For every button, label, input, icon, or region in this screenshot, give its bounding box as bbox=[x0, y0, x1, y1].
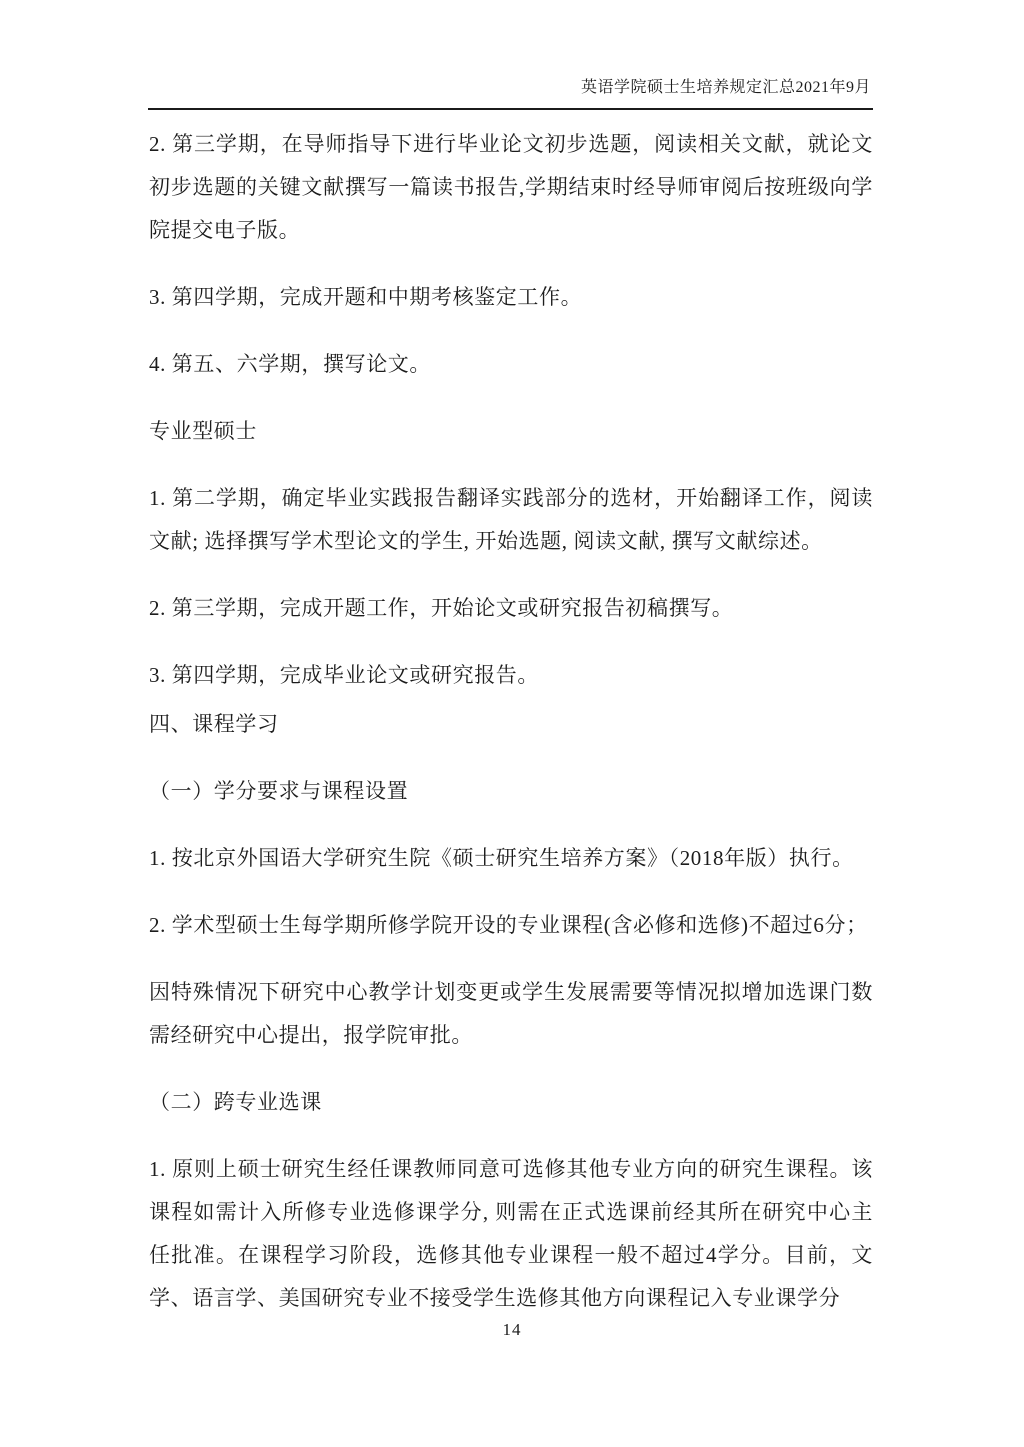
page-header: 英语学院硕士生培养规定汇总2021年9月 bbox=[148, 0, 873, 110]
header-title: 英语学院硕士生培养规定汇总2021年9月 bbox=[581, 79, 871, 96]
heading-credit-requirements: （一）学分要求与课程设置 bbox=[149, 770, 873, 813]
paragraph-professional-sem2: 1. 第二学期，确定毕业实践报告翻译实践部分的选材，开始翻译工作，阅读文献; 选… bbox=[149, 477, 873, 563]
page-number: 14 bbox=[503, 1320, 522, 1339]
paragraph-credit-rule-2-continued: 因特殊情况下研究中心教学计划变更或学生发展需要等情况拟增加选课门数需经研究中心提… bbox=[149, 971, 873, 1057]
heading-section4-course-study: 四、课程学习 bbox=[149, 703, 873, 746]
heading-professional-master: 专业型硕士 bbox=[149, 410, 873, 453]
page-footer: 14 bbox=[0, 1320, 1024, 1340]
paragraph-credit-rule-2: 2. 学术型硕士生每学期所修学院开设的专业课程(含必修和选修)不超过6分； bbox=[149, 904, 873, 947]
document-body: 2. 第三学期，在导师指导下进行毕业论文初步选题，阅读相关文献，就论文初步选题的… bbox=[149, 108, 873, 1344]
paragraph-academic-sem5-6: 4. 第五、六学期，撰写论文。 bbox=[149, 343, 873, 386]
paragraph-cross-major-rule-1: 1. 原则上硕士研究生经任课教师同意可选修其他专业方向的研究生课程。该课程如需计… bbox=[149, 1148, 873, 1320]
heading-cross-major-course-selection: （二）跨专业选课 bbox=[149, 1081, 873, 1124]
paragraph-professional-sem3: 2. 第三学期，完成开题工作，开始论文或研究报告初稿撰写。 bbox=[149, 587, 873, 630]
document-page: 英语学院硕士生培养规定汇总2021年9月 2. 第三学期，在导师指导下进行毕业论… bbox=[0, 0, 1024, 1447]
paragraph-academic-sem4: 3. 第四学期，完成开题和中期考核鉴定工作。 bbox=[149, 276, 873, 319]
paragraph-academic-sem3: 2. 第三学期，在导师指导下进行毕业论文初步选题，阅读相关文献，就论文初步选题的… bbox=[149, 123, 873, 252]
paragraph-credit-rule-1: 1. 按北京外国语大学研究生院《硕士研究生培养方案》（2018年版）执行。 bbox=[149, 837, 873, 880]
paragraph-professional-sem4: 3. 第四学期，完成毕业论文或研究报告。 bbox=[149, 654, 873, 697]
